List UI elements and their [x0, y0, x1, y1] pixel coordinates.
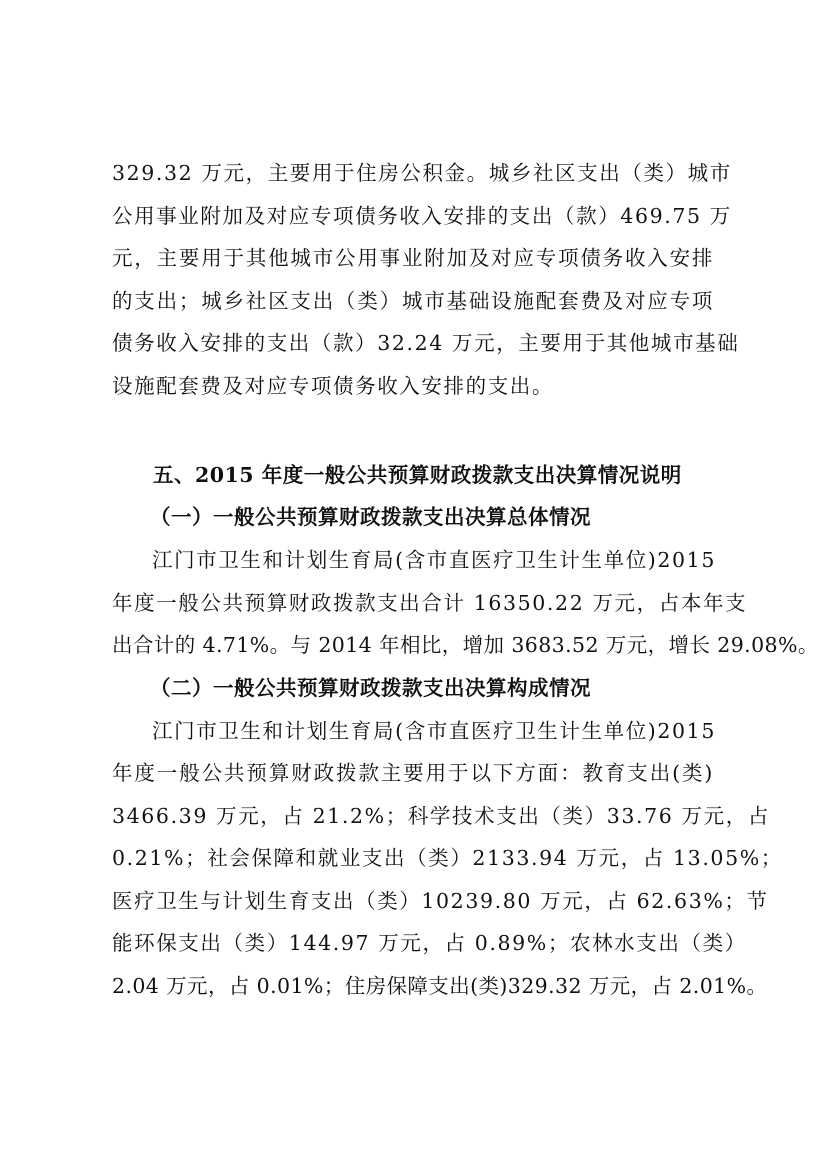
paragraph-line: 江门市卫生和计划生育局(含市直医疗卫生计生单位)2015 [152, 718, 714, 744]
paragraph-line: 329.32 万元，主要用于住房公积金。城乡社区支出（类）城市 [112, 160, 714, 186]
paragraph-line: 债务收入安排的支出（款）32.24 万元，主要用于其他城市基础 [112, 330, 714, 356]
paragraph-line: 江门市卫生和计划生育局(含市直医疗卫生计生单位)2015 [152, 547, 714, 573]
paragraph-line: 0.21%；社会保障和就业支出（类）2133.94 万元，占 13.05%； [112, 845, 714, 871]
paragraph-line: 2.04 万元，占 0.01%；住房保障支出(类)329.32 万元，占 2.0… [112, 973, 714, 999]
paragraph-line: 年度一般公共预算财政拨款支出合计 16350.22 万元，占本年支 [112, 590, 714, 616]
subsection-heading: （一）一般公共预算财政拨款支出决算总体情况 [150, 504, 670, 530]
paragraph-line: 公用事业附加及对应专项债务收入安排的支出（款）469.75 万 [112, 203, 714, 229]
section-heading: 五、2015 年度一般公共预算财政拨款支出决算情况说明 [153, 462, 713, 488]
paragraph-line: 的支出；城乡社区支出（类）城市基础设施配套费及对应专项 [112, 288, 714, 314]
document-page: 329.32 万元，主要用于住房公积金。城乡社区支出（类）城市 公用事业附加及对… [0, 0, 827, 1169]
paragraph-line: 年度一般公共预算财政拨款主要用于以下方面：教育支出(类) [112, 760, 714, 786]
paragraph-line: 医疗卫生与计划生育支出（类）10239.80 万元，占 62.63%；节 [112, 888, 714, 914]
paragraph-line: 元，主要用于其他城市公用事业附加及对应专项债务收入安排 [112, 245, 714, 271]
paragraph-line: 设施配套费及对应专项债务收入安排的支出。 [112, 373, 714, 399]
paragraph-line: 3466.39 万元，占 21.2%；科学技术支出（类）33.76 万元，占 [112, 803, 714, 829]
paragraph-line: 出合计的 4.71%。与 2014 年相比，增加 3683.52 万元，增长 2… [112, 632, 714, 658]
paragraph-line: 能环保支出（类）144.97 万元，占 0.89%；农林水支出（类） [112, 930, 714, 956]
subsection-heading: （二）一般公共预算财政拨款支出决算构成情况 [150, 675, 670, 701]
